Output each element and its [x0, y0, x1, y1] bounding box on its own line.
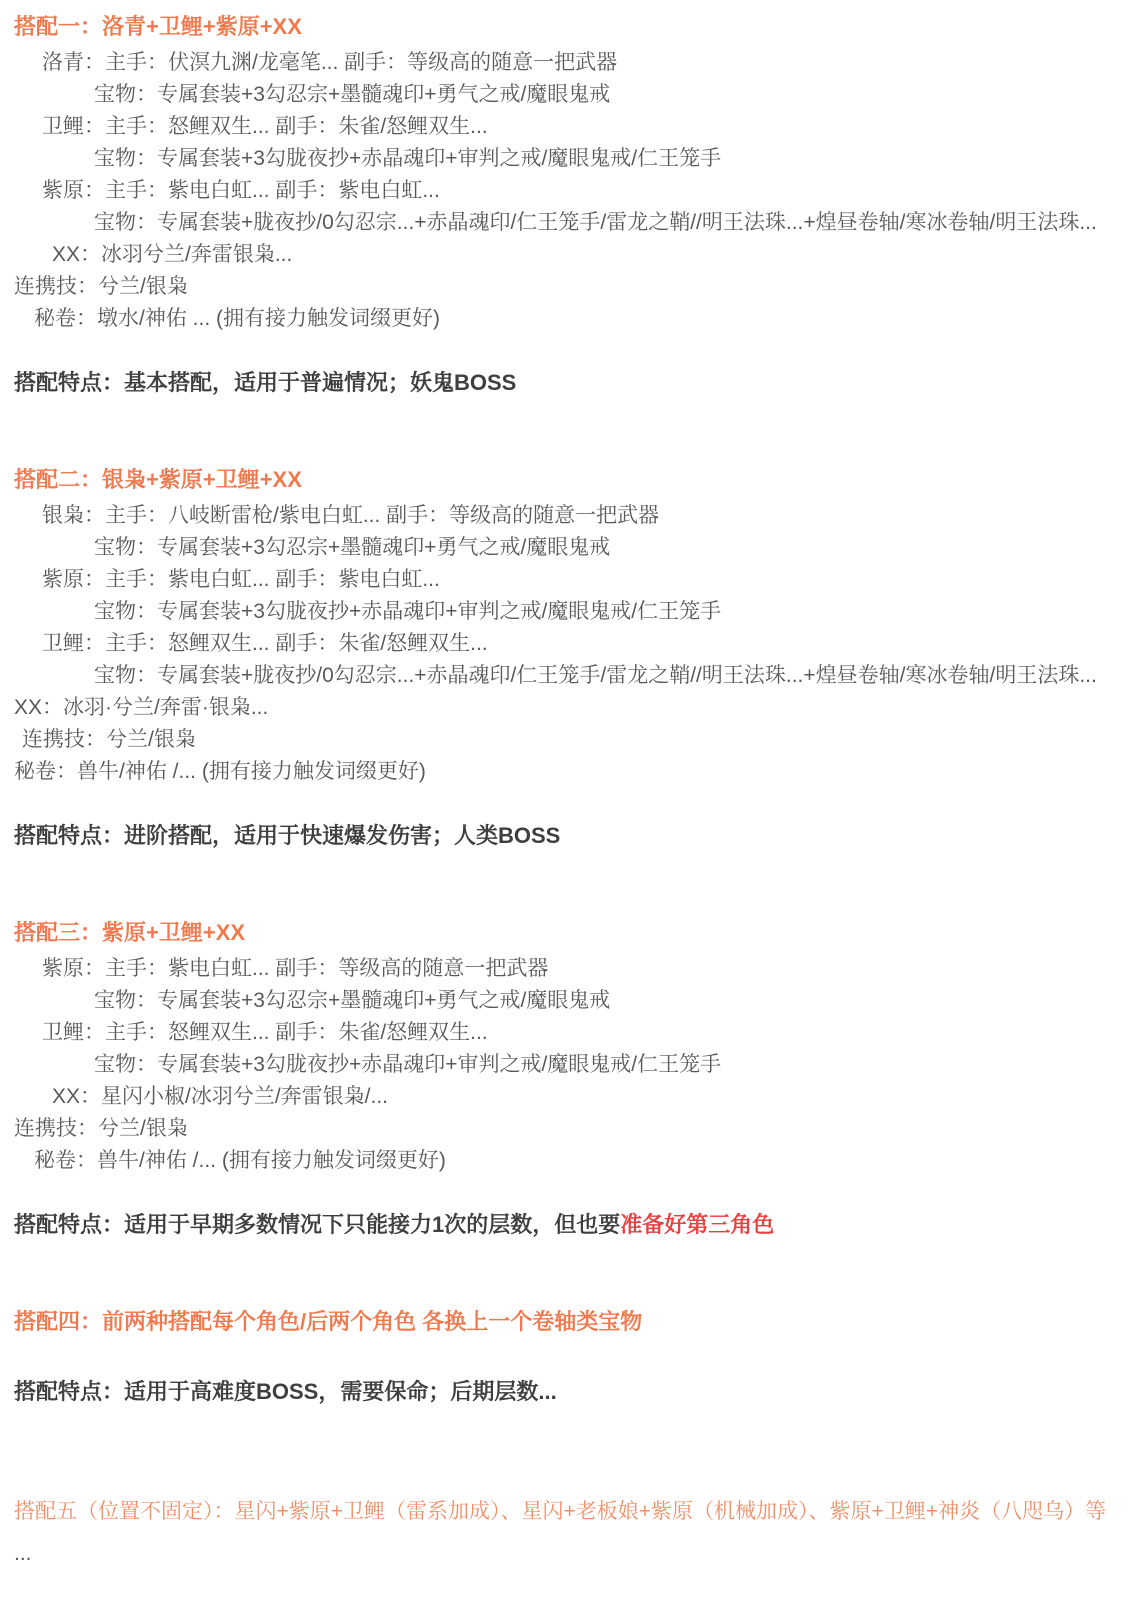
combo-section-2: 搭配二：银枭+紫原+卫鲤+XX 银枭：主手：八岐断雷枪/紫电白虹... 副手：等…: [14, 463, 1140, 852]
combo1-xx-slot: XX：冰羽兮兰/奔雷银枭...: [14, 239, 1140, 271]
combo1-weili-treasure: 宝物：专属套装+3勾胧夜抄+赤晶魂印+审判之戒/魔眼鬼戒/仁王笼手: [14, 143, 1140, 175]
combo3-weili-treasure: 宝物：专属套装+3勾胧夜抄+赤晶魂印+审判之戒/魔眼鬼戒/仁王笼手: [14, 1049, 1140, 1081]
combo3-feature-highlight: 准备好第三角色: [620, 1212, 774, 1237]
combo1-luoqing-weapons: 洛青：主手：伏溟九渊/龙毫笔... 副手：等级高的随意一把武器: [14, 47, 1140, 79]
combo2-ziyuan-treasure: 宝物：专属套装+3勾胧夜抄+赤晶魂印+审判之戒/魔眼鬼戒/仁王笼手: [14, 596, 1140, 628]
combo1-combo-skill: 连携技：兮兰/银枭: [14, 271, 1140, 303]
combo4-header: 搭配四：前两种搭配每个角色/后两个角色 各换上一个卷轴类宝物: [14, 1305, 1140, 1339]
combo3-header: 搭配三：紫原+卫鲤+XX: [14, 916, 1140, 950]
combo1-ziyuan-treasure: 宝物：专属套装+胧夜抄/0勾忍宗...+赤晶魂印/仁王笼手/雷龙之鞘//明王法珠…: [14, 207, 1140, 239]
combo-section-3: 搭配三：紫原+卫鲤+XX 紫原：主手：紫电白虹... 副手：等级高的随意一把武器…: [14, 916, 1140, 1241]
combo2-weili-weapons: 卫鲤：主手：怒鲤双生... 副手：朱雀/怒鲤双生...: [14, 628, 1140, 660]
combo2-feature: 搭配特点：进阶搭配，适用于快速爆发伤害；人类BOSS: [14, 820, 1140, 852]
combo1-feature: 搭配特点：基本搭配，适用于普遍情况；妖鬼BOSS: [14, 367, 1140, 399]
combo1-ziyuan-weapons: 紫原：主手：紫电白虹... 副手：紫电白虹...: [14, 175, 1140, 207]
combo2-yinxiao-treasure: 宝物：专属套装+3勾忍宗+墨髓魂印+勇气之戒/魔眼鬼戒: [14, 532, 1140, 564]
combo3-combo-skill: 连携技：兮兰/银枭: [14, 1113, 1140, 1145]
combo3-ziyuan-weapons: 紫原：主手：紫电白虹... 副手：等级高的随意一把武器: [14, 953, 1140, 985]
combo3-secret-scroll: 秘卷：兽牛/神佑 /... (拥有接力触发词缀更好): [14, 1145, 1140, 1177]
combo3-ziyuan-treasure: 宝物：专属套装+3勾忍宗+墨髓魂印+勇气之戒/魔眼鬼戒: [14, 985, 1140, 1017]
combo1-secret-scroll: 秘卷：墩水/神佑 ... (拥有接力触发词缀更好): [14, 303, 1140, 335]
combo2-weili-treasure: 宝物：专属套装+胧夜抄/0勾忍宗...+赤晶魂印/仁王笼手/雷龙之鞘//明王法珠…: [14, 660, 1140, 692]
combo5-line: 搭配五（位置不固定）：星闪+紫原+卫鲤（雷系加成）、星闪+老板娘+紫原（机械加成…: [14, 1496, 1140, 1528]
combo4-feature: 搭配特点：适用于高难度BOSS，需要保命；后期层数...: [14, 1376, 1140, 1408]
combo-section-1: 搭配一：洛青+卫鲤+紫原+XX 洛青：主手：伏溟九渊/龙毫笔... 副手：等级高…: [14, 10, 1140, 399]
combo-section-4: 搭配四：前两种搭配每个角色/后两个角色 各换上一个卷轴类宝物 搭配特点：适用于高…: [14, 1305, 1140, 1408]
combo3-feature-text: 搭配特点：适用于早期多数情况下只能接力1次的层数，但也要: [14, 1212, 620, 1237]
combo1-luoqing-treasure: 宝物：专属套装+3勾忍宗+墨髓魂印+勇气之戒/魔眼鬼戒: [14, 79, 1140, 111]
combo2-secret-scroll: 秘卷：兽牛/神佑 /... (拥有接力触发词缀更好): [14, 756, 1140, 788]
combo2-xx-slot: XX：冰羽·兮兰/奔雷·银枭...: [14, 692, 1140, 724]
combo-section-5: 搭配五（位置不固定）：星闪+紫原+卫鲤（雷系加成）、星闪+老板娘+紫原（机械加成…: [14, 1496, 1140, 1566]
combo3-xx-slot: XX：星闪小椒/冰羽兮兰/奔雷银枭/...: [14, 1081, 1140, 1113]
combo2-yinxiao-weapons: 银枭：主手：八岐断雷枪/紫电白虹... 副手：等级高的随意一把武器: [14, 500, 1140, 532]
combo1-weili-weapons: 卫鲤：主手：怒鲤双生... 副手：朱雀/怒鲤双生...: [14, 111, 1140, 143]
combo2-combo-skill: 连携技：兮兰/银枭: [14, 724, 1140, 756]
combo1-header: 搭配一：洛青+卫鲤+紫原+XX: [14, 10, 1140, 44]
combo2-ziyuan-weapons: 紫原：主手：紫电白虹... 副手：紫电白虹...: [14, 564, 1140, 596]
combo3-feature: 搭配特点：适用于早期多数情况下只能接力1次的层数，但也要准备好第三角色: [14, 1209, 1140, 1241]
combo5-ellipsis: ...: [14, 1542, 1140, 1566]
guide-document: 搭配一：洛青+卫鲤+紫原+XX 洛青：主手：伏溟九渊/龙毫笔... 副手：等级高…: [0, 0, 1140, 1606]
combo3-weili-weapons: 卫鲤：主手：怒鲤双生... 副手：朱雀/怒鲤双生...: [14, 1017, 1140, 1049]
combo2-header: 搭配二：银枭+紫原+卫鲤+XX: [14, 463, 1140, 497]
